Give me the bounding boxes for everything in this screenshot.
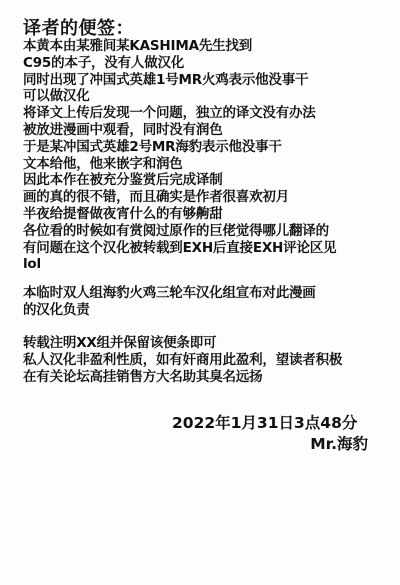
- note-paragraph-story: 本黄本由某雅间某KASHIMA先生找到 C95的本子，没有人做汉化 同时出现了冲…: [23, 38, 336, 273]
- note-line: 同时出现了冲国式英雄1号MR火鸡表示他没事干: [23, 72, 336, 89]
- signature-date: 2022年1月31日3点48分: [172, 413, 357, 433]
- note-line: 将译文上传后发现一个问题，独立的译文没有办法: [23, 105, 336, 122]
- note-line: 于是某冲国式英雄2号MR海豹表示他没事干: [23, 139, 336, 156]
- note-line: 文本给他，他来嵌字和润色: [23, 156, 336, 173]
- note-line: 各位看的时候如有赏阅过原作的巨佬觉得哪儿翻译的: [23, 223, 336, 240]
- note-line: 私人汉化非盈利性质，如有奸商用此盈利，望读者积极: [23, 352, 342, 369]
- note-line: 画的真的很不错，而且确实是作者很喜欢初月: [23, 189, 336, 206]
- note-paragraph-repost-policy: 转载注明XX组并保留该便条即可 私人汉化非盈利性质，如有奸商用此盈利，望读者积极…: [23, 335, 342, 385]
- note-line: 有问题在这个汉化被转载到EXH后直接EXH评论区见: [23, 240, 336, 257]
- note-line: 本临时双人组海豹火鸡三轮车汉化组宣布对此漫画: [23, 285, 316, 302]
- note-title: 译者的便签：: [23, 18, 134, 40]
- note-line: 被放进漫画中观看，同时没有润色: [23, 122, 336, 139]
- note-line: C95的本子，没有人做汉化: [23, 55, 336, 72]
- note-line: 半夜给提督做夜宵什么的有够齁甜: [23, 206, 336, 223]
- note-paragraph-group: 本临时双人组海豹火鸡三轮车汉化组宣布对此漫画 的汉化负责: [23, 285, 316, 319]
- note-line: 可以做汉化: [23, 88, 336, 105]
- note-line: 转载注明XX组并保留该便条即可: [23, 335, 342, 352]
- note-line: 的汉化负责: [23, 302, 316, 319]
- note-line: 在有关论坛高挂销售方大名助其臭名远扬: [23, 369, 342, 386]
- note-line: 因此本作在被充分鉴赏后完成译制: [23, 172, 336, 189]
- signature-name: Mr.海豹: [310, 434, 368, 454]
- note-line: lol: [23, 256, 336, 273]
- note-line: 本黄本由某雅间某KASHIMA先生找到: [23, 38, 336, 55]
